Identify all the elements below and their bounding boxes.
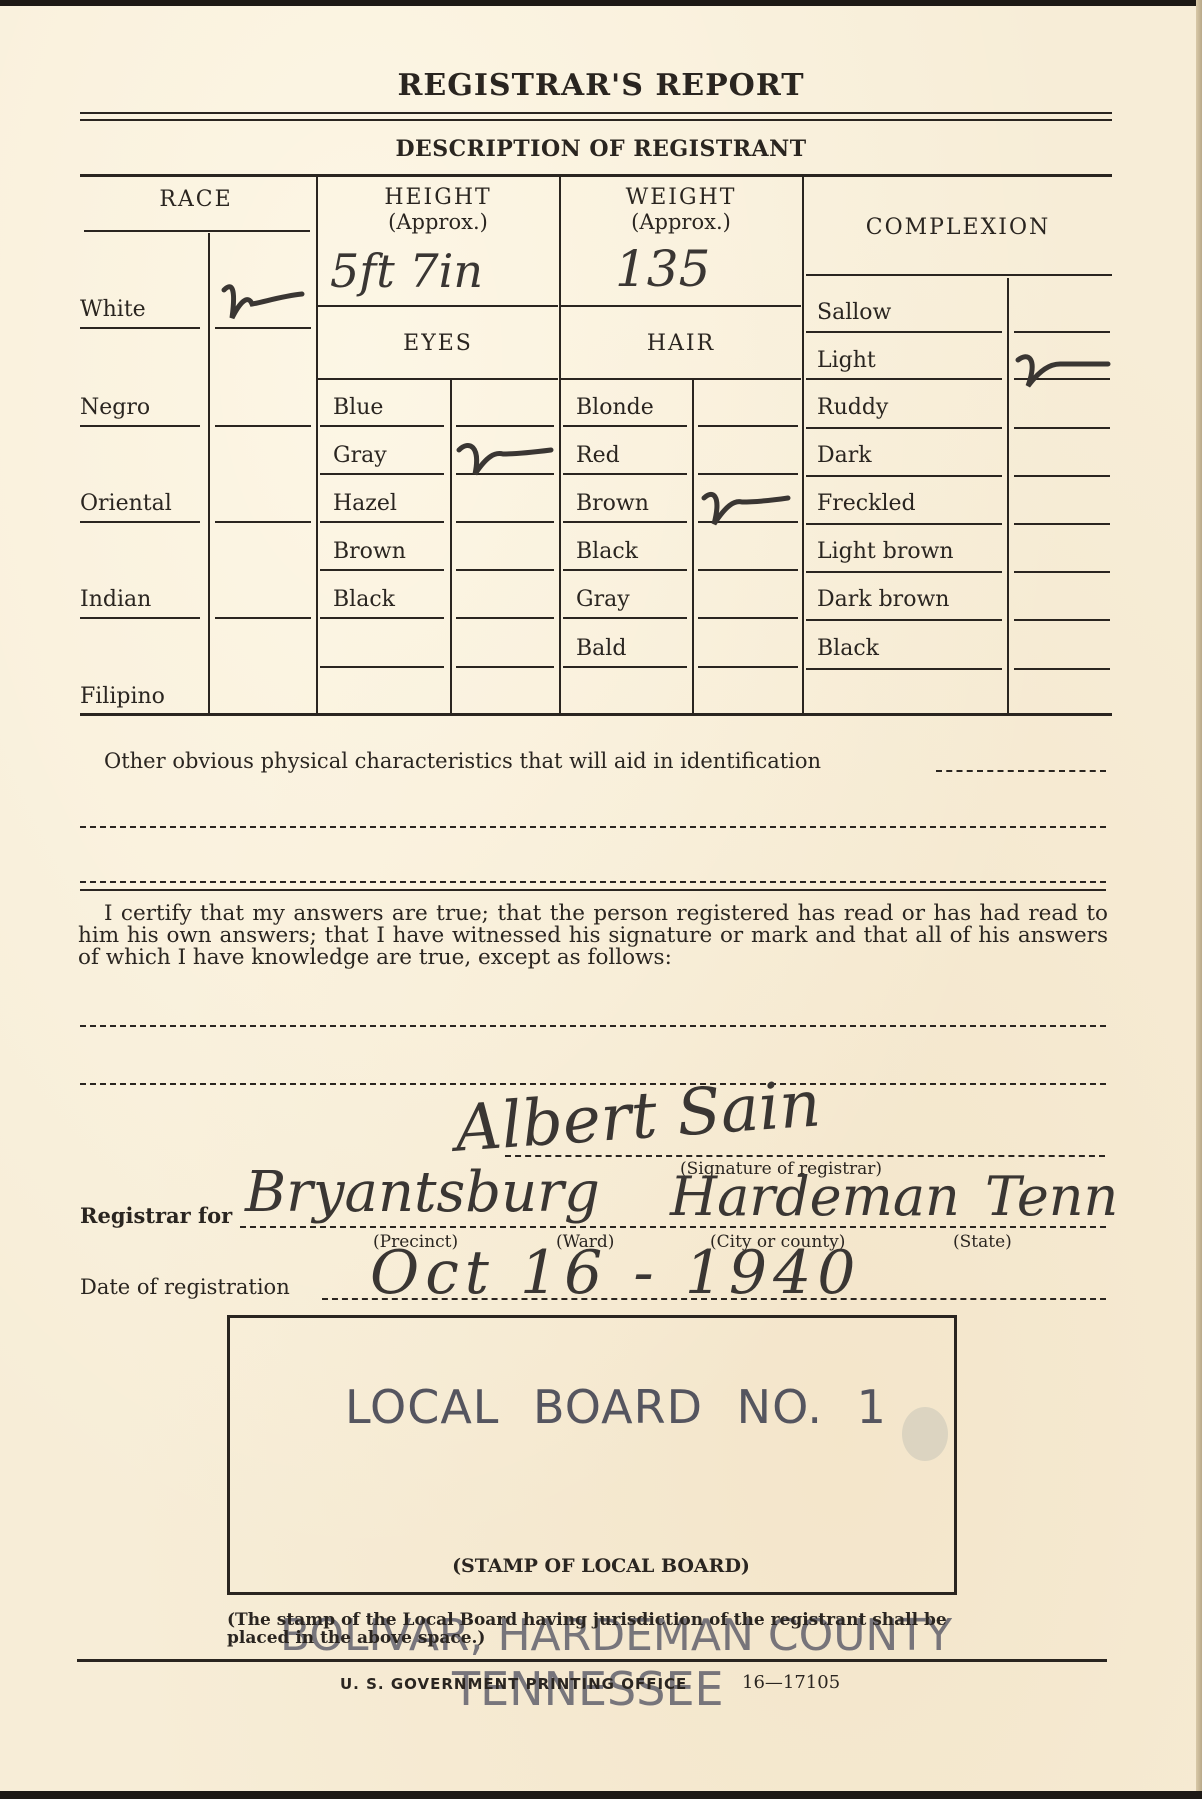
eyes-row-rule (320, 473, 444, 475)
eyes-option-black: Black (333, 587, 395, 612)
scan-edge-bottom (0, 1791, 1202, 1799)
hair-check-divider (692, 380, 694, 714)
race-row-rule (80, 425, 200, 427)
col-divider-height-weight (559, 176, 561, 714)
col-divider-race-height (316, 176, 318, 714)
page-title: REGISTRAR'S REPORT (0, 68, 1202, 103)
weight-header-sub: (Approx.) (561, 210, 801, 234)
eyes-option-brown: Brown (333, 539, 406, 564)
eyes-check-rule (456, 666, 554, 668)
title-rule-1 (80, 112, 1112, 114)
complexion-option-black: Black (817, 636, 879, 661)
height-value: 5ft 7in (330, 244, 483, 298)
hair-header-rule (561, 378, 801, 380)
eyes-option-blue: Blue (333, 395, 383, 420)
race-row-rule (80, 327, 200, 329)
signature-field[interactable] (505, 1155, 1105, 1157)
race-option-oriental: Oriental (80, 491, 172, 516)
eyes-header-rule (318, 378, 558, 380)
race-row-rule (80, 521, 200, 523)
weight-header-label: WEIGHT (626, 185, 737, 210)
height-header: HEIGHT (Approx.) (318, 186, 558, 234)
stamp-caption: (STAMP OF LOCAL BOARD) (0, 1555, 1202, 1577)
eyes-row-rule (320, 617, 444, 619)
height-header-label: HEIGHT (384, 185, 491, 210)
complexion-check-rule (1014, 331, 1110, 333)
eyes-row-rule (320, 425, 444, 427)
section-title: DESCRIPTION OF REGISTRANT (0, 136, 1202, 162)
weight-value: 135 (615, 240, 710, 298)
hair-option-gray: Gray (576, 587, 630, 612)
complexion-row-rule (806, 331, 1002, 333)
complexion-row-rule (806, 475, 1002, 477)
hair-option-brown: Brown (576, 491, 649, 516)
complexion-option-light-brown: Light brown (817, 539, 954, 564)
stamp-instructions: (The stamp of the Local Board having jur… (227, 1611, 967, 1647)
race-check-rule (215, 425, 311, 427)
stamp-smudge (902, 1407, 948, 1461)
date-of-registration-value: Oct 16 - 1940 (370, 1238, 861, 1308)
eyes-check-divider (450, 380, 452, 714)
race-check-rule (215, 617, 311, 619)
complexion-check-rule (1014, 427, 1110, 429)
complexion-row-rule (806, 378, 1002, 380)
date-of-registration-label: Date of registration (80, 1275, 290, 1299)
race-row-rule (80, 617, 200, 619)
hair-option-bald: Bald (576, 636, 626, 661)
hair-row-rule (563, 617, 687, 619)
race-option-indian: Indian (80, 587, 151, 612)
certification-text: I certify that my answers are true; that… (78, 903, 1108, 969)
complexion-check-rule (1014, 619, 1110, 621)
hair-row-rule (563, 521, 687, 523)
weight-value-rule (561, 305, 801, 307)
table-bottom-rule (80, 713, 1112, 716)
height-value-rule (318, 305, 558, 307)
registrar-for-label: Registrar for (80, 1203, 232, 1228)
complexion-header: COMPLEXION (804, 216, 1112, 240)
other-characteristics-label: Other obvious physical characteristics t… (104, 749, 821, 773)
hair-option-black: Black (576, 539, 638, 564)
complexion-row-rule (806, 619, 1002, 621)
state-caption: (State) (953, 1232, 1012, 1252)
hair-row-rule (563, 473, 687, 475)
other-characteristics-line-2[interactable] (80, 826, 1106, 828)
eyes-gray-check-icon[interactable] (455, 440, 555, 480)
complexion-option-light: Light (817, 348, 876, 373)
hair-row-rule (563, 569, 687, 571)
col-divider-weight-complexion (802, 176, 804, 714)
eyes-check-rule (456, 617, 554, 619)
complexion-row-rule (806, 523, 1002, 525)
hair-option-blonde: Blonde (576, 395, 654, 420)
eyes-option-gray: Gray (333, 443, 387, 468)
race-check-divider (208, 233, 210, 714)
hair-check-rule (698, 617, 798, 619)
complexion-light-check-icon[interactable] (1012, 352, 1112, 392)
race-header: RACE (80, 188, 312, 212)
form-number: 16—17105 (742, 1672, 840, 1693)
race-option-white: White (80, 297, 146, 322)
complexion-option-freckled: Freckled (817, 491, 916, 516)
complexion-option-dark-brown: Dark brown (817, 587, 949, 612)
hair-check-rule (698, 473, 798, 475)
complexion-row-rule (806, 427, 1002, 429)
hair-check-rule (698, 569, 798, 571)
scan-edge-right (1196, 0, 1202, 1799)
weight-header: WEIGHT (Approx.) (561, 186, 801, 234)
hair-check-rule (698, 666, 798, 668)
state-value: Tenn (985, 1165, 1118, 1228)
hair-option-red: Red (576, 443, 620, 468)
height-header-sub: (Approx.) (318, 210, 558, 234)
complexion-header-rule (806, 274, 1112, 276)
section-rule (80, 889, 1106, 891)
hair-row-rule (563, 666, 687, 668)
complexion-option-ruddy: Ruddy (817, 395, 888, 420)
exceptions-line-1[interactable] (80, 1025, 1106, 1027)
title-rule-2 (80, 119, 1112, 121)
eyes-row-rule (320, 666, 444, 668)
complexion-row-rule (806, 668, 1002, 670)
race-option-filipino: Filipino (80, 684, 165, 709)
complexion-check-rule (1014, 668, 1110, 670)
hair-row-rule (563, 425, 687, 427)
complexion-row-rule (806, 571, 1002, 573)
hair-brown-check-icon[interactable] (700, 488, 792, 528)
hair-check-rule (698, 425, 798, 427)
complexion-check-rule (1014, 571, 1110, 573)
eyes-option-hazel: Hazel (333, 491, 397, 516)
race-header-rule (84, 230, 310, 232)
gpo-imprint: U. S. GOVERNMENT PRINTING OFFICE (340, 1675, 687, 1693)
eyes-check-rule (456, 569, 554, 571)
other-characteristics-field[interactable] (936, 770, 1106, 772)
local-board-stamp-box (227, 1315, 957, 1595)
eyes-check-rule (456, 521, 554, 523)
eyes-row-rule (320, 569, 444, 571)
complexion-option-dark: Dark (817, 443, 872, 468)
race-check-rule (215, 521, 311, 523)
eyes-check-rule (456, 425, 554, 427)
complexion-check-rule (1014, 475, 1110, 477)
hair-header: HAIR (561, 332, 801, 356)
eyes-header: EYES (318, 332, 558, 356)
other-characteristics-line-3[interactable] (80, 881, 1106, 883)
city-county-value: Hardeman (670, 1165, 960, 1228)
local-board-stamp: LOCAL BOARD NO. 1 (345, 1380, 887, 1434)
race-option-negro: Negro (80, 395, 150, 420)
eyes-row-rule (320, 521, 444, 523)
draft-card-back: REGISTRAR'S REPORT DESCRIPTION OF REGIST… (0, 0, 1202, 1799)
precinct-value: Bryantsburg (245, 1160, 600, 1225)
complexion-check-rule (1014, 523, 1110, 525)
race-white-check-icon[interactable] (218, 278, 306, 328)
scan-edge-top (0, 0, 1202, 6)
table-top-rule (80, 174, 1112, 177)
complexion-option-sallow: Sallow (817, 300, 891, 325)
complexion-check-divider (1007, 278, 1009, 714)
